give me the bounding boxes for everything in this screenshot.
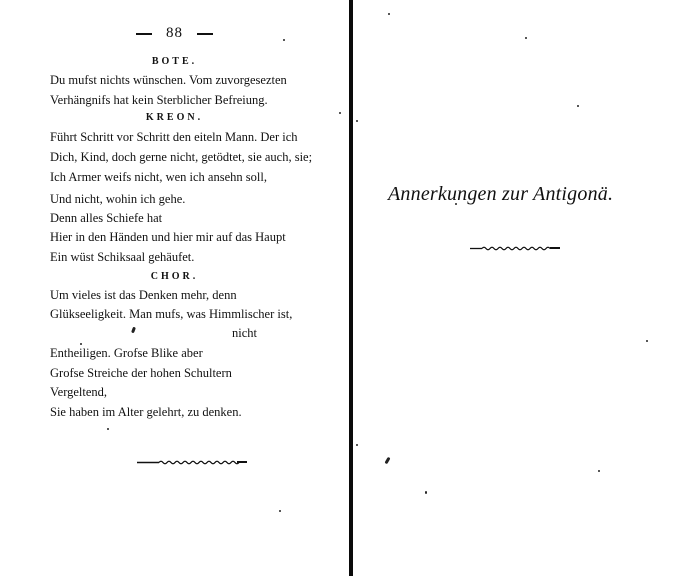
verse-line: Um vieles ist das Denken mehr, denn [50, 288, 237, 302]
scan-speck [339, 112, 341, 114]
page-number-text: 88 [166, 25, 183, 41]
verse-line: Du mufst nichts wünschen. Vom zuvorgesez… [50, 73, 287, 87]
left-page: 88 BOTE. Du mufst nichts wünschen. Vom z… [0, 0, 349, 576]
folio-dash-right [197, 33, 213, 35]
scan-speck [388, 13, 390, 15]
verse-line: Glükseeligkeit. Man mufs, was Himmlische… [50, 307, 292, 321]
wavy-rule-ornament [137, 459, 247, 465]
verse-line-indented: nicht [232, 326, 257, 340]
right-page: Annerkungen zur Antigonä. [353, 0, 698, 576]
scan-speck [598, 470, 600, 472]
verse-line: Hier in den Händen und hier mir auf das … [50, 230, 286, 244]
verse-line: Dich, Kind, doch gerne nicht, getödtet, … [50, 150, 312, 164]
verse-line: Grofse Streiche der hohen Schultern [50, 366, 232, 380]
scan-speck [425, 491, 427, 494]
verse-line: Entheiligen. Grofse Blike aber [50, 346, 203, 360]
scan-speck [356, 444, 358, 446]
verse-line: Denn alles Schiefe hat [50, 211, 162, 225]
scan-speck [384, 457, 390, 465]
verse-line: Vergeltend, [50, 385, 107, 399]
speaker-kreon: KREON. [0, 112, 349, 123]
book-spread: 88 BOTE. Du mufst nichts wünschen. Vom z… [0, 0, 698, 576]
scan-speck [356, 120, 358, 122]
section-title: Annerkungen zur Antigonä. [388, 183, 613, 206]
verse-line: Und nicht, wohin ich gehe. [50, 192, 185, 206]
speaker-bote: BOTE. [0, 56, 349, 67]
scan-speck [646, 340, 648, 342]
scan-speck [131, 327, 136, 334]
verse-line: Verhängnifs hat kein Sterblicher Befreiu… [50, 93, 268, 107]
scan-speck [80, 343, 82, 345]
verse-line: Ich Armer weifs nicht, wen ich ansehn so… [50, 170, 267, 184]
scan-speck [279, 510, 281, 512]
verse-line: Sie haben im Alter gelehrt, zu denken. [50, 405, 242, 419]
scan-speck [283, 39, 285, 41]
verse-line: Ein wüst Schiksaal gehäufet. [50, 250, 194, 264]
speaker-chor: CHOR. [0, 271, 349, 282]
folio-dash-left [136, 33, 152, 35]
scan-speck [107, 428, 109, 430]
scan-speck [577, 105, 579, 107]
scan-speck [455, 203, 457, 205]
verse-line: Führt Schritt vor Schritt den eiteln Man… [50, 130, 298, 144]
wavy-rule-ornament [470, 245, 560, 251]
page-number: 88 [0, 25, 349, 42]
scan-speck [525, 37, 527, 39]
